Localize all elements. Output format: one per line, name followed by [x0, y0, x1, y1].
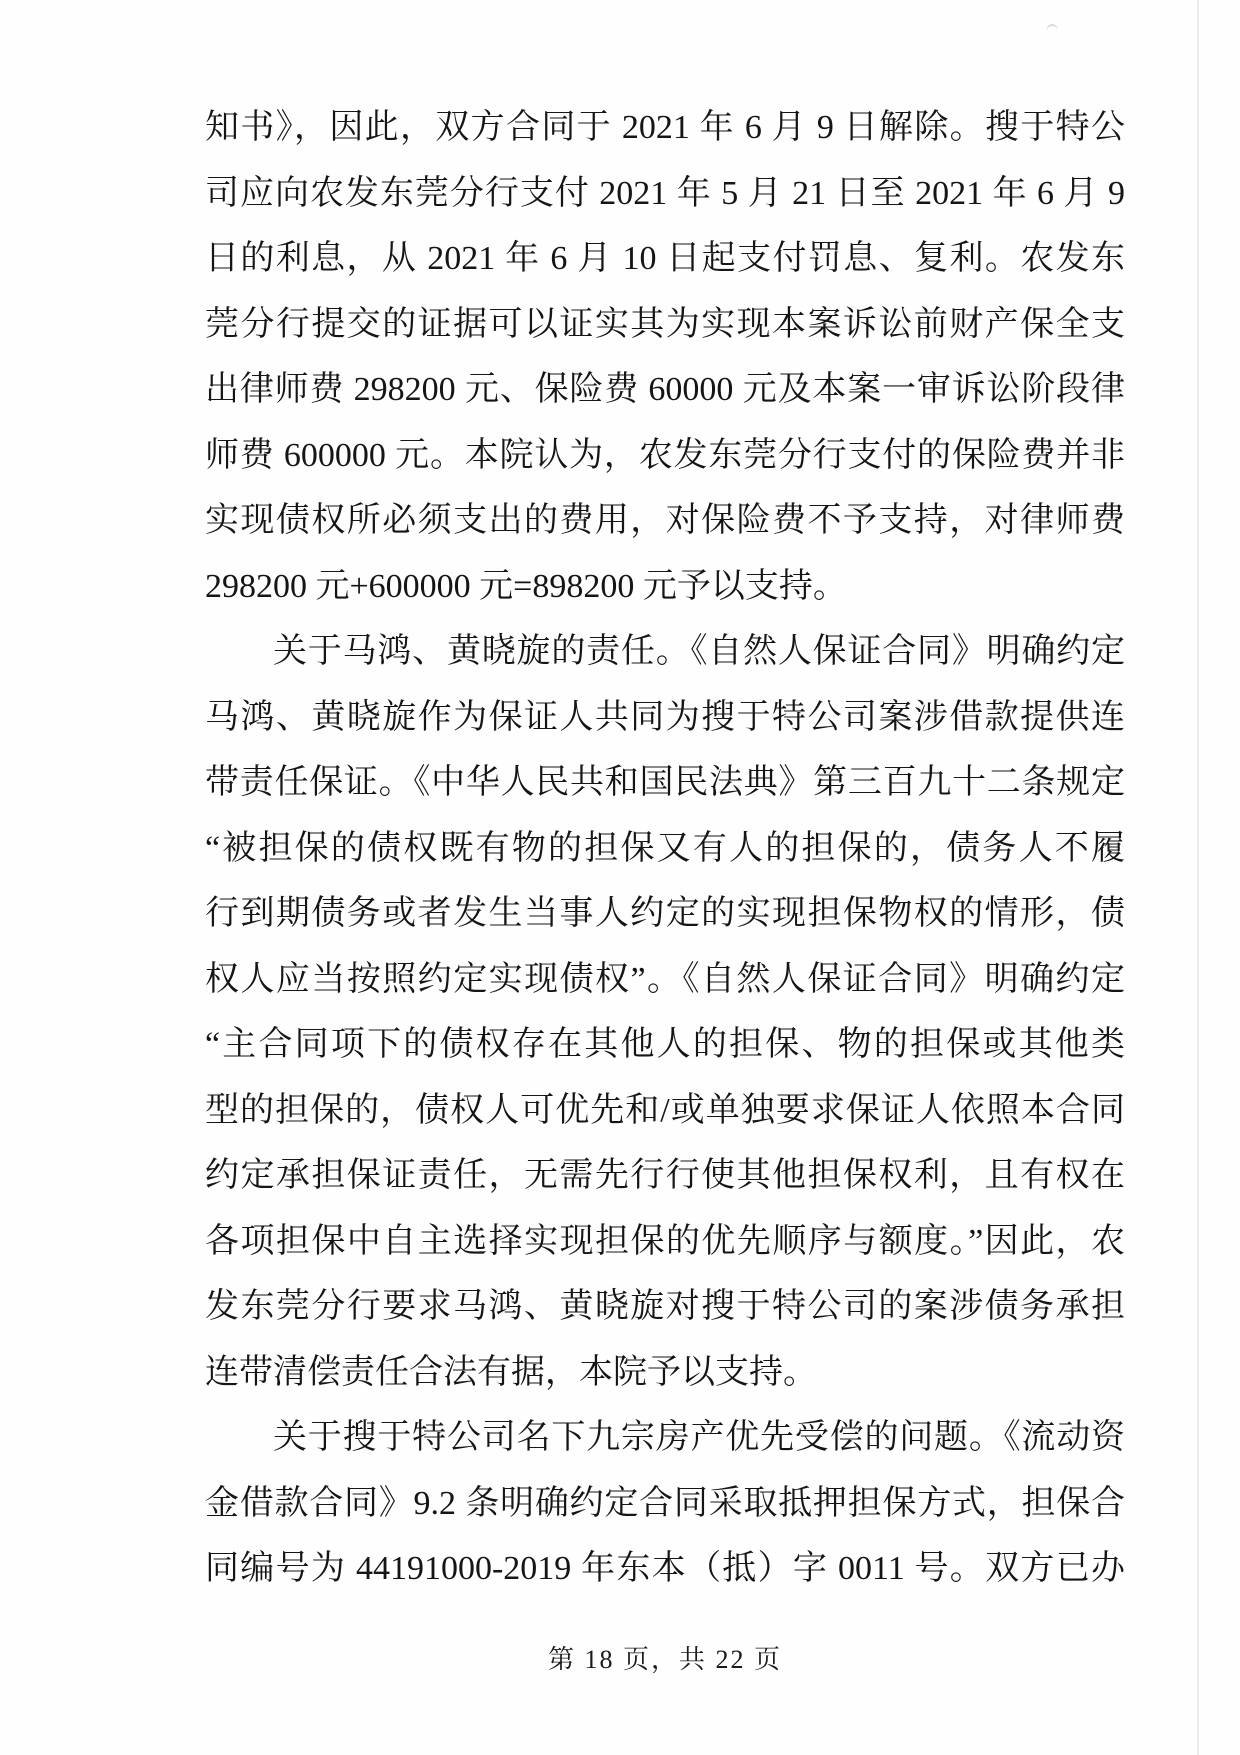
- paragraph-first-line: 关于马鸿、黄晓旋的责任。《自然人保证合同》明确约定: [205, 619, 1125, 685]
- text-line: 知书》，因此，双方合同于 2021 年 6 月 9 日解除。搜于特公: [205, 95, 1125, 161]
- text-line: 同编号为 44191000-2019 年东本（抵）字 0011 号。双方已办: [205, 1536, 1125, 1602]
- text-line: 司应向农发东莞分行支付 2021 年 5 月 21 日至 2021 年 6 月 …: [205, 161, 1125, 227]
- text-line: 马鸿、黄晓旋作为保证人共同为搜于特公司案涉借款提供连: [205, 685, 1125, 751]
- text-line: 莞分行提交的证据可以证实其为实现本案诉讼前财产保全支: [205, 292, 1125, 358]
- page-number-footer: 第 18 页，共 22 页: [205, 1642, 1125, 1678]
- text-line: 权人应当按照约定实现债权”。《自然人保证合同》明确约定: [205, 947, 1125, 1013]
- text-line: 298200 元+600000 元=898200 元予以支持。: [205, 554, 1125, 620]
- text-line: 实现债权所必须支出的费用，对保险费不予支持，对律师费: [205, 488, 1125, 554]
- text-line: 型的担保的，债权人可优先和/或单独要求保证人依照本合同: [205, 1078, 1125, 1144]
- text-line: 各项担保中自主选择实现担保的优先顺序与额度。”因此，农: [205, 1209, 1125, 1275]
- text-line: 发东莞分行要求马鸿、黄晓旋对搜于特公司的案涉债务承担: [205, 1274, 1125, 1340]
- paragraph-first-line: 关于搜于特公司名下九宗房产优先受偿的问题。《流动资: [205, 1405, 1125, 1471]
- scan-speck-artifact: [1046, 23, 1059, 32]
- text-line: “被担保的债权既有物的担保又有人的担保的，债务人不履: [205, 816, 1125, 882]
- text-line: 日的利息，从 2021 年 6 月 10 日起支付罚息、复利。农发东: [205, 226, 1125, 292]
- judgment-body-text: 知书》，因此，双方合同于 2021 年 6 月 9 日解除。搜于特公 司应向农发…: [205, 95, 1125, 1602]
- text-line: “主合同项下的债权存在其他人的担保、物的担保或其他类: [205, 1012, 1125, 1078]
- scan-edge-line-artifact: [1197, 0, 1199, 1755]
- text-line: 出律师费 298200 元、保险费 60000 元及本案一审诉讼阶段律: [205, 357, 1125, 423]
- text-line: 连带清偿责任合法有据，本院予以支持。: [205, 1340, 1125, 1406]
- text-line: 约定承担保证责任，无需先行行使其他担保权利，且有权在: [205, 1143, 1125, 1209]
- document-page: 知书》，因此，双方合同于 2021 年 6 月 9 日解除。搜于特公 司应向农发…: [0, 0, 1240, 1755]
- text-line: 金借款合同》9.2 条明确约定合同采取抵押担保方式，担保合: [205, 1471, 1125, 1537]
- text-line: 带责任保证。《中华人民共和国民法典》第三百九十二条规定: [205, 750, 1125, 816]
- text-line: 行到期债务或者发生当事人约定的实现担保物权的情形，债: [205, 881, 1125, 947]
- page-number-text: 第 18 页，共 22 页: [548, 1645, 782, 1674]
- text-line: 师费 600000 元。本院认为，农发东莞分行支付的保险费并非: [205, 423, 1125, 489]
